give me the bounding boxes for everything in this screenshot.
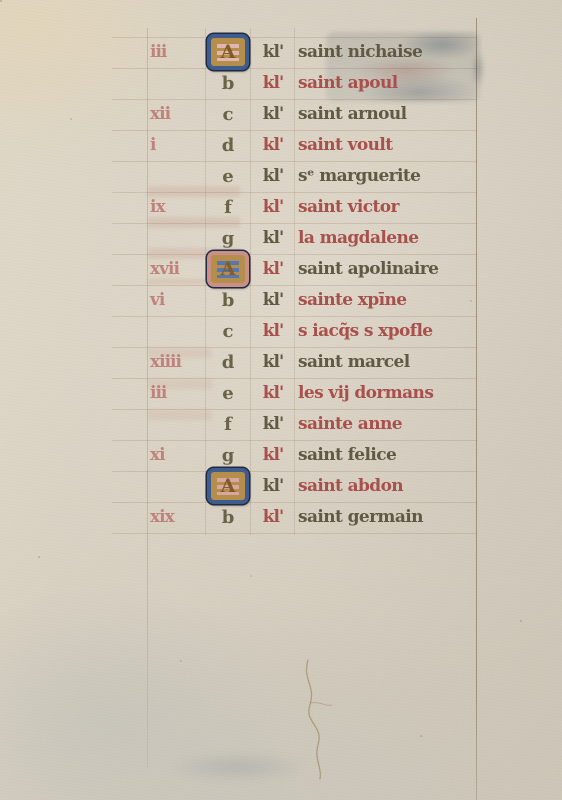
dominical-letter: c [205,99,251,130]
dominical-letter: A [205,254,251,285]
illuminated-initial-a: A [207,468,249,504]
feast-name: saint nichaise [298,37,480,68]
golden-number: ix [150,192,206,223]
parchment-specks [0,0,2,2]
dominical-letter: b [205,285,251,316]
feast-name: s iacq̃s s xpofle [298,316,480,347]
calendar-row: f kl' sainte anne [143,409,483,440]
golden-number: xii [150,99,206,130]
golden-number [150,316,206,347]
dominical-letter: d [205,347,251,378]
kalends-label: kl' [251,471,295,502]
calendar-row: i d kl' saint voult [143,130,483,161]
feast-name: saint victor [298,192,480,223]
golden-number [150,471,206,502]
feast-name: saint germain [298,502,480,533]
feast-name: saint abdon [298,471,480,502]
kalends-label: kl' [251,378,295,409]
feast-name: saint felice [298,440,480,471]
golden-number [150,161,206,192]
feast-name: saint marcel [298,347,480,378]
calendar-row: ix f kl' saint victor [143,192,483,223]
kalends-label: kl' [251,37,295,68]
golden-number: xiiii [150,347,206,378]
kalends-label: kl' [251,502,295,533]
calendar-row: b kl' saint apoul [143,68,483,99]
feast-name: saint apolinaire [298,254,480,285]
calendar-row: c kl' s iacq̃s s xpofle [143,316,483,347]
golden-number: xix [150,502,206,533]
kalends-label: kl' [251,161,295,192]
manuscript-page: iii A kl' saint nichaise b kl' saint apo… [0,0,562,800]
calendar-row: iii A kl' saint nichaise [143,37,483,68]
feast-name: sainte xpīne [298,285,480,316]
feast-name: saint voult [298,130,480,161]
initial-letter: A [207,34,249,70]
dominical-letter: f [205,192,251,223]
calendar-row: xii c kl' saint arnoul [143,99,483,130]
golden-number: xi [150,440,206,471]
dominical-letter: A [205,471,251,502]
dominical-letter: c [205,316,251,347]
feast-name: sainte anne [298,409,480,440]
feast-name: la magdalene [298,223,480,254]
kalends-label: kl' [251,254,295,285]
calendar-row: xvii A kl' saint apolinaire [143,254,483,285]
kalends-label: kl' [251,316,295,347]
golden-number: i [150,130,206,161]
calendar-row: g kl' la magdalene [143,223,483,254]
golden-number: vi [150,285,206,316]
kalends-label: kl' [251,99,295,130]
dominical-letter: f [205,409,251,440]
initial-letter: A [207,468,249,504]
kalends-label: kl' [251,347,295,378]
golden-number [150,68,206,99]
initial-letter: A [207,251,249,287]
golden-number: xvii [150,254,206,285]
illuminated-initial-a: A [207,251,249,287]
dominical-letter: d [205,130,251,161]
dominical-letter: g [205,223,251,254]
dominical-letter: e [205,378,251,409]
feast-name: sᵉ marguerite [298,161,480,192]
calendar-row: A kl' saint abdon [143,471,483,502]
kalends-label: kl' [251,68,295,99]
feast-name: saint arnoul [298,99,480,130]
calendar-row: vi b kl' sainte xpīne [143,285,483,316]
feast-name: les vij dormans [298,378,480,409]
calendar-row: xiiii d kl' saint marcel [143,347,483,378]
dominical-letter: e [205,161,251,192]
parchment-vein-crack [280,655,350,785]
illuminated-initial-a: A [207,34,249,70]
kalends-label: kl' [251,409,295,440]
kalends-label: kl' [251,440,295,471]
kalends-label: kl' [251,285,295,316]
golden-number [150,409,206,440]
kalends-label: kl' [251,223,295,254]
calendar-row: xix b kl' saint germain [143,502,483,533]
kalends-label: kl' [251,192,295,223]
golden-number: iii [150,37,206,68]
dominical-letter: b [205,502,251,533]
dominical-letter: b [205,68,251,99]
dominical-letter: g [205,440,251,471]
dominical-letter: A [205,37,251,68]
calendar-row: iii e kl' les vij dormans [143,378,483,409]
golden-number [150,223,206,254]
kalends-label: kl' [251,130,295,161]
feast-name: saint apoul [298,68,480,99]
calendar-row: e kl' sᵉ marguerite [143,161,483,192]
golden-number: iii [150,378,206,409]
calendar-row: xi g kl' saint felice [143,440,483,471]
